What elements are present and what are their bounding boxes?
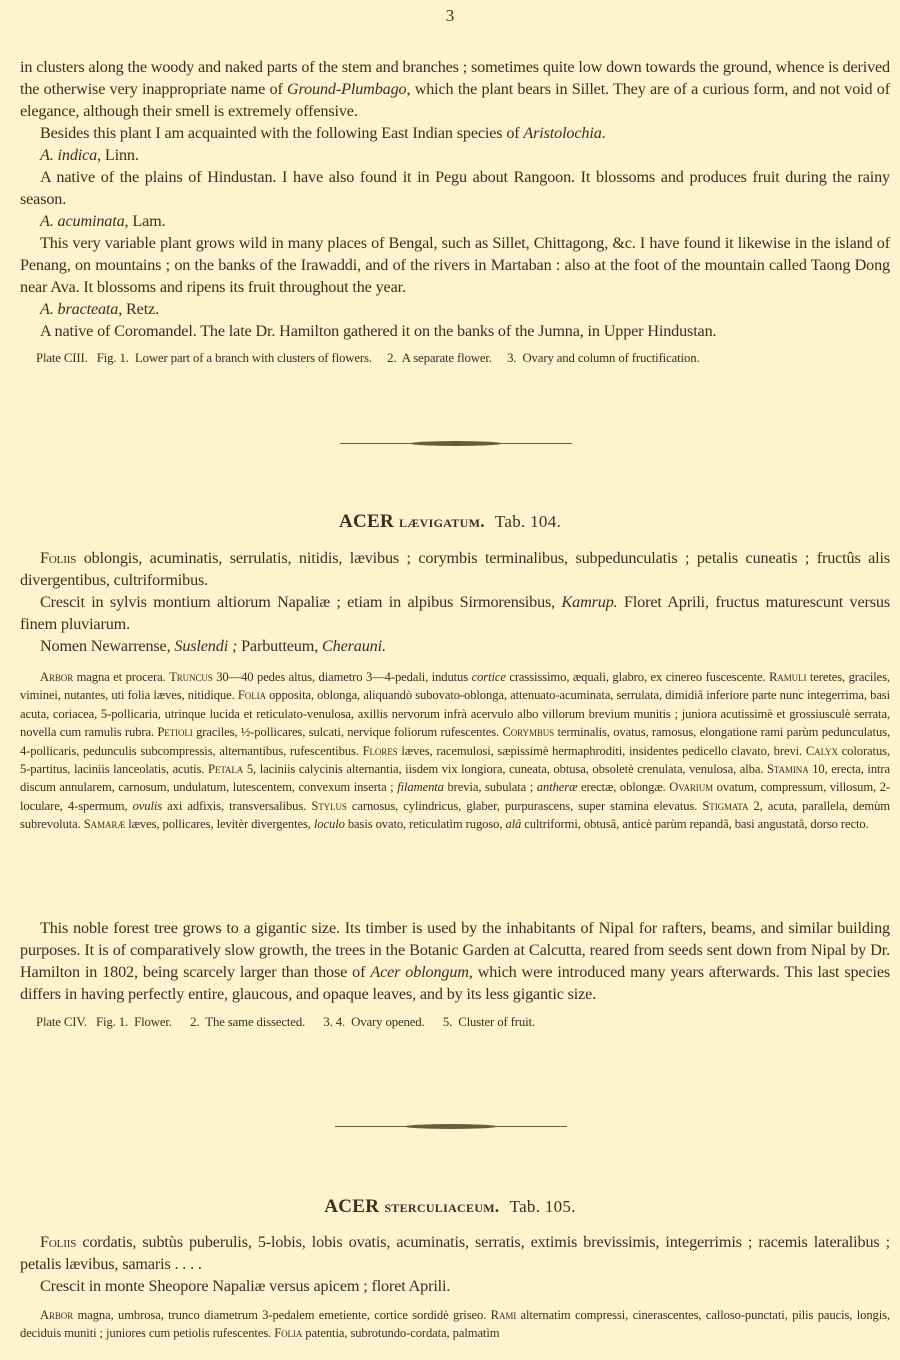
species-text-bracteata: A native of Coromandel. The late Dr. Ham… [20,320,890,342]
species-text-acuminata: This very variable plant grows wild in m… [20,232,890,298]
species-title-acer-sterculiaceum: ACER sterculiaceum. Tab. 105. [0,1196,900,1218]
habitat: Crescit in sylvis montium altiorum Napal… [20,591,890,635]
species-text-indica: A native of the plains of Hindustan. I h… [20,166,890,210]
species-heading-indica: A. indica, Linn. [20,144,890,166]
paragraph-continuation: in clusters along the woody and naked pa… [20,56,890,122]
species-heading-bracteata: A. bracteata, Retz. [20,298,890,320]
description-paragraph: Arbor magna, umbrosa, trunco diametrum 3… [20,1306,890,1343]
plate-caption-ciii: Plate CIII. Fig. 1. Lower part of a bran… [20,347,890,369]
diagnosis: Foliis cordatis, subtùs puberulis, 5-lob… [20,1231,890,1275]
paragraph-species-intro: Besides this plant I am acquainted with … [20,122,890,144]
species-heading-acuminata: A. acuminata, Lam. [20,210,890,232]
english-paragraph: This noble forest tree grows to a gigant… [20,917,890,1005]
description-paragraph: Arbor magna et procera. Truncus 30—40 pe… [20,668,890,834]
document-page: 3 in clusters along the woody and naked … [0,0,900,1360]
acer-sterculiaceum-section: Foliis cordatis, subtùs puberulis, 5-lob… [20,1231,890,1297]
latin-description: Arbor magna, umbrosa, trunco diametrum 3… [20,1306,890,1343]
plate-caption-civ: Plate CIV. Fig. 1. Flower. 2. The same d… [20,1011,890,1033]
species-title-acer-laevigatum: ACER lævigatum. Tab. 104. [0,511,900,533]
section-separator-ornament [335,1124,567,1130]
section-separator-ornament [340,441,572,447]
aristolochia-section: in clusters along the woody and naked pa… [20,56,890,369]
english-notes: This noble forest tree grows to a gigant… [20,917,890,1033]
latin-description: Arbor magna et procera. Truncus 30—40 pe… [20,668,890,834]
acer-laevigatum-section: Foliis oblongis, acuminatis, serrulatis,… [20,547,890,657]
page-number: 3 [0,6,900,26]
habitat: Crescit in monte Sheopore Napaliæ versus… [20,1275,890,1297]
vernacular-names: Nomen Newarrense, Suslendi ; Parbutteum,… [20,635,890,657]
diagnosis: Foliis oblongis, acuminatis, serrulatis,… [20,547,890,591]
